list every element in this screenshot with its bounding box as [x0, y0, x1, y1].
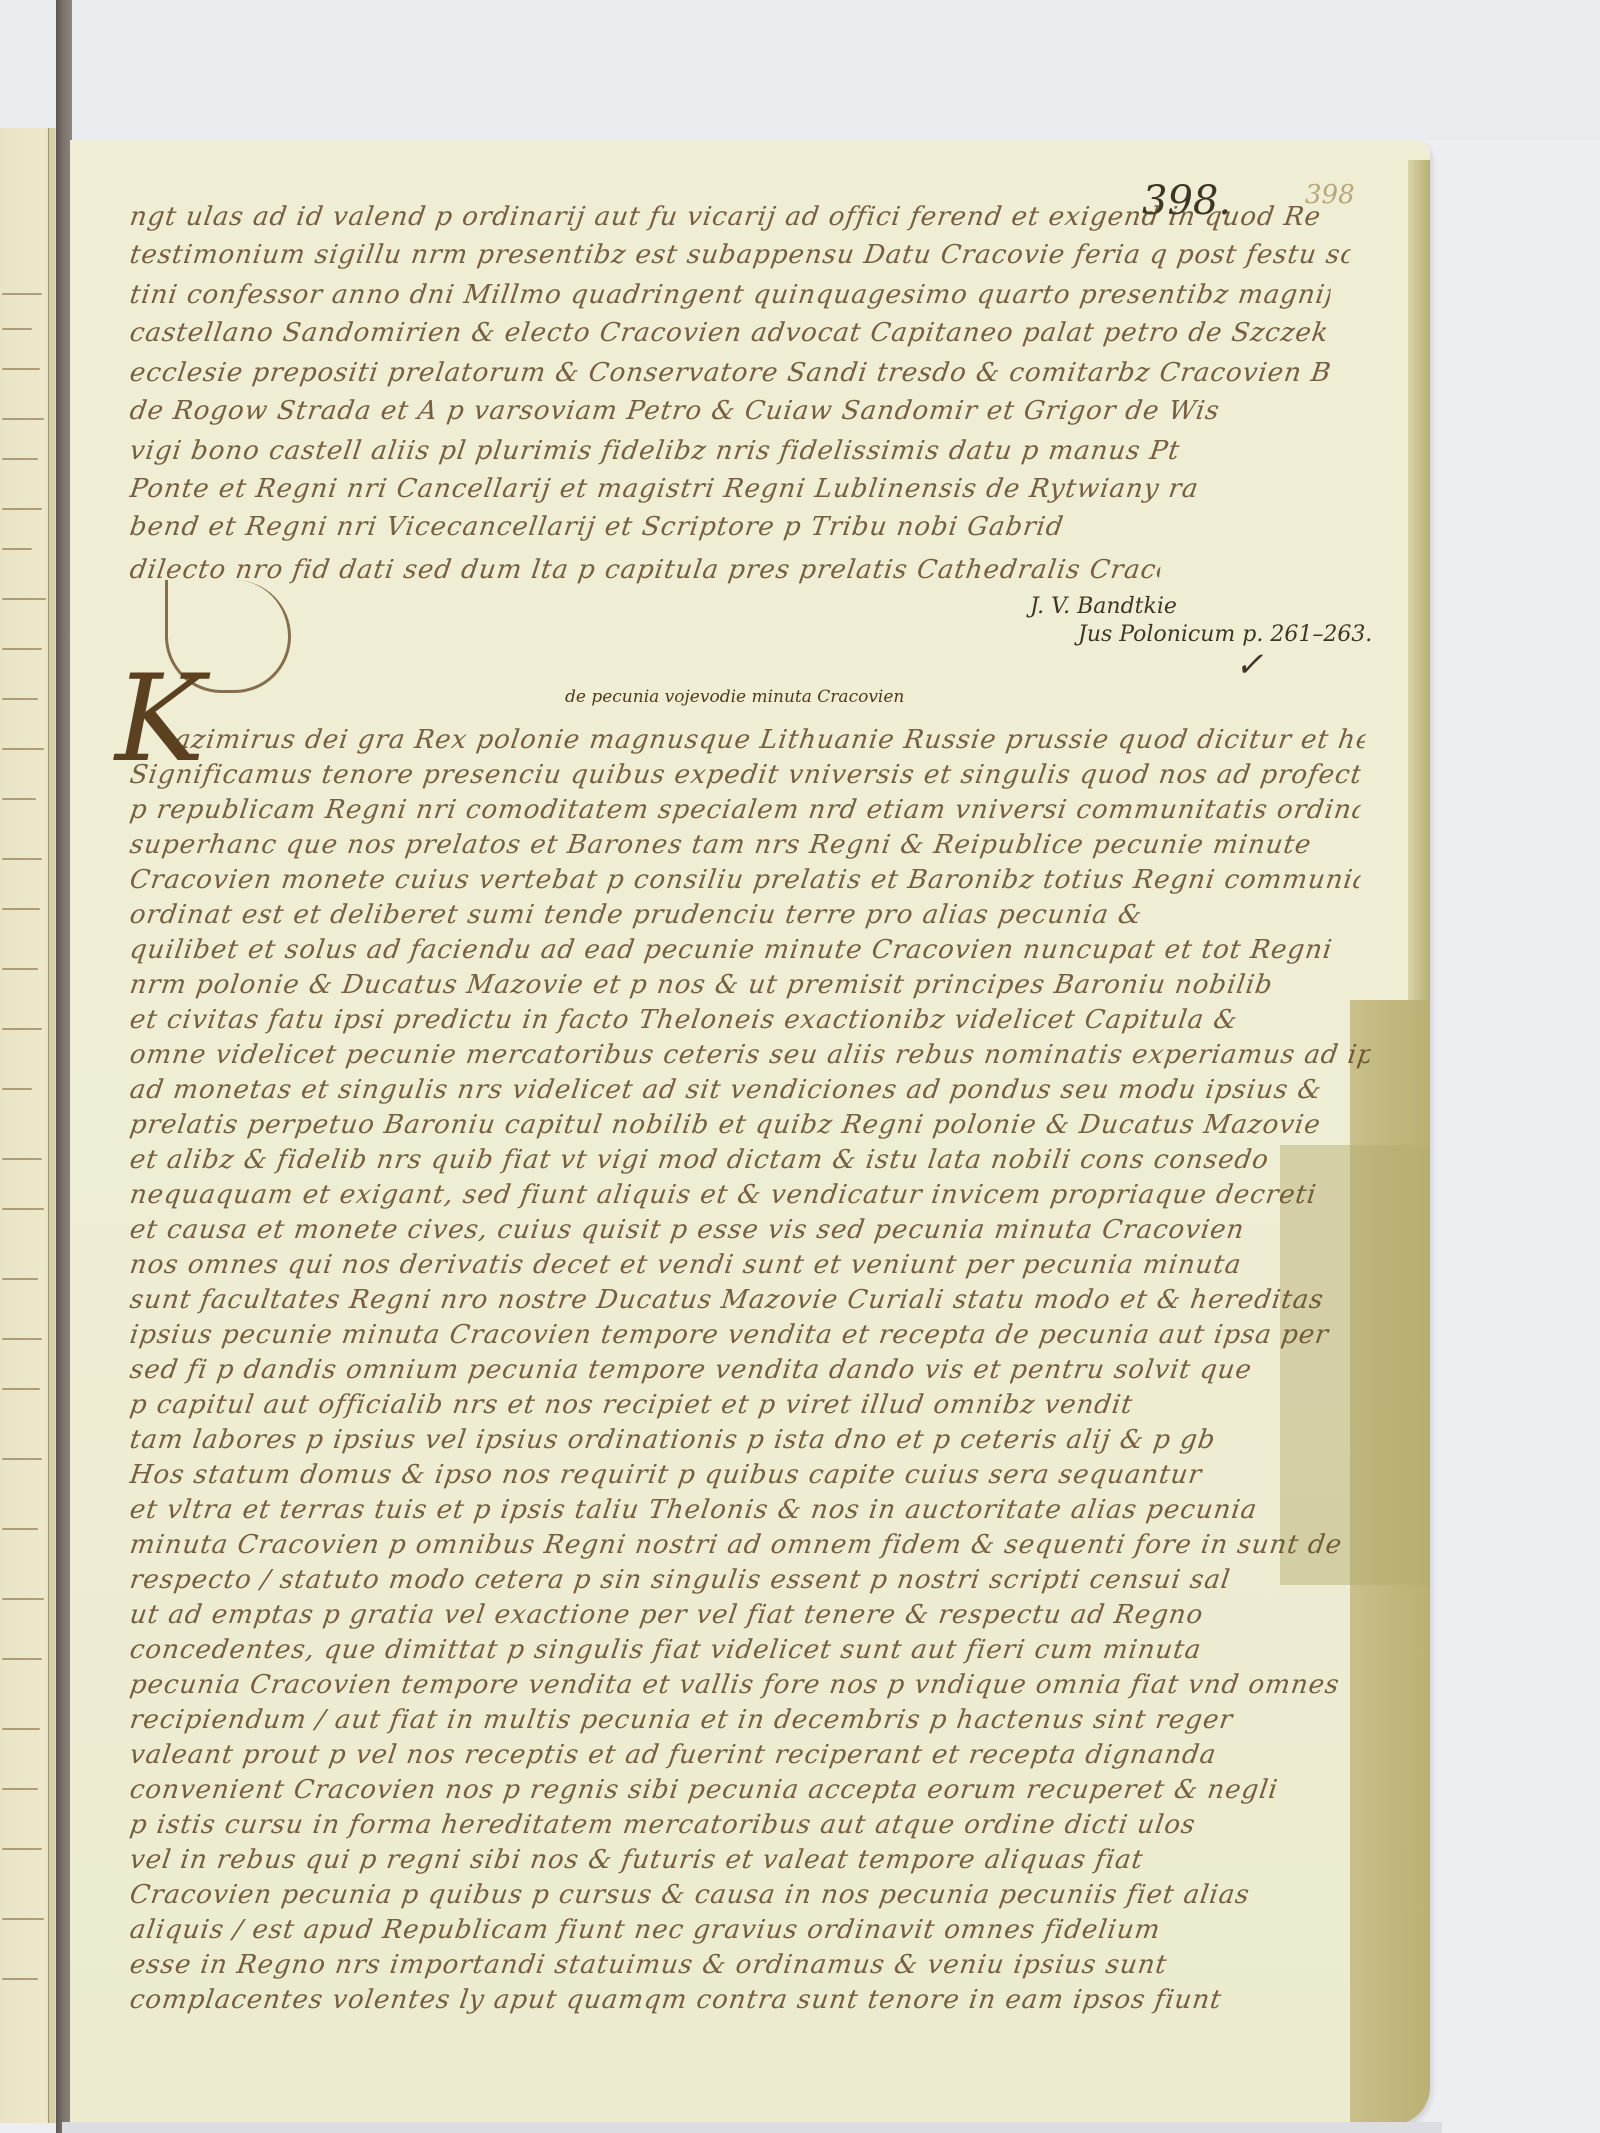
- text-line: complacentes volentes ly aput quamqm con…: [128, 1985, 1252, 2015]
- text-line: nrm polonie & Ducatus Mazovie et p nos &…: [128, 970, 1362, 1000]
- text-line: azimirus dei gra Rex polonie magnusque L…: [173, 725, 1367, 755]
- text-line: p republicam Regni nri comoditatem speci…: [128, 795, 1362, 825]
- text-line: ut ad emptas p gratia vel exactione per …: [128, 1600, 1372, 1630]
- manuscript-folio: 398. 398 ngt ulas ad id valend p ordinar…: [70, 140, 1430, 2125]
- text-line: Cracovien pecunia p quibus p cursus & ca…: [128, 1880, 1372, 1910]
- text-line: et alibz & fidelib nrs quib fiat vt vigi…: [128, 1145, 1382, 1175]
- text-line: sed fi p dandis omnium pecunia tempore v…: [128, 1355, 1382, 1385]
- text-line: esse in Regno nrs importandi statuimus &…: [128, 1950, 1372, 1980]
- text-line: p istis cursu in forma hereditatem merca…: [128, 1810, 1372, 1840]
- scan-background: [0, 0, 1600, 140]
- text-line: ad monetas et singulis nrs videlicet ad …: [128, 1075, 1372, 1105]
- text-line: omne videlicet pecunie mercatoribus cete…: [128, 1040, 1372, 1070]
- text-line: et causa et monete cives, cuius quisit p…: [128, 1215, 1382, 1245]
- text-line: et vltra et terras tuis et p ipsis taliu…: [128, 1495, 1382, 1525]
- text-line: valeant prout p vel nos receptis et ad f…: [128, 1740, 1372, 1770]
- text-line: p capitul aut officialib nrs et nos reci…: [128, 1390, 1382, 1420]
- text-line: quilibet et solus ad faciendu ad ead pec…: [128, 935, 1362, 965]
- text-line: ipsius pecunie minuta Cracovien tempore …: [128, 1320, 1382, 1350]
- previous-page-fore-edge: [48, 128, 55, 2123]
- text-line: recipiendum / aut fiat in multis pecunia…: [128, 1705, 1372, 1735]
- text-line: et civitas fatu ipsi predictu in facto T…: [128, 1005, 1362, 1035]
- text-line: Significamus tenore presenciu quibus exp…: [128, 760, 1362, 790]
- text-line: nos omnes qui nos derivatis decet et ven…: [128, 1250, 1382, 1280]
- text-line: vel in rebus qui p regni sibi nos & futu…: [128, 1845, 1372, 1875]
- text-line: tam labores p ipsius vel ipsius ordinati…: [128, 1425, 1382, 1455]
- text-line: prelatis perpetuo Baroniu capitul nobili…: [128, 1110, 1372, 1140]
- text-line: minuta Cracovien p omnibus Regni nostri …: [128, 1530, 1372, 1560]
- text-line: Hos statum domus & ipso nos requirit p q…: [128, 1460, 1382, 1490]
- text-line: convenient Cracovien nos p regnis sibi p…: [128, 1775, 1372, 1805]
- text-line: ordinat est et deliberet sumi tende prud…: [128, 900, 1362, 930]
- text-line: respecto / statuto modo cetera p sin sin…: [128, 1565, 1372, 1595]
- text-line: concedentes, que dimittat p singulis fia…: [128, 1635, 1372, 1665]
- text-line: pecunia Cracovien tempore vendita et val…: [128, 1670, 1372, 1700]
- text-line: superhanc que nos prelatos et Barones ta…: [128, 830, 1362, 860]
- text-line: aliquis / est apud Republicam fiunt nec …: [128, 1915, 1372, 1945]
- text-line: nequaquam et exigant, sed fiunt aliquis …: [128, 1180, 1382, 1210]
- main-text-section: azimirus dei gra Rex polonie magnusque L…: [70, 140, 1430, 2125]
- page-bottom-shadow: [62, 2122, 1442, 2133]
- text-line: Cracovien monete cuius vertebat p consil…: [128, 865, 1362, 895]
- text-line: sunt facultates Regni nro nostre Ducatus…: [128, 1285, 1382, 1315]
